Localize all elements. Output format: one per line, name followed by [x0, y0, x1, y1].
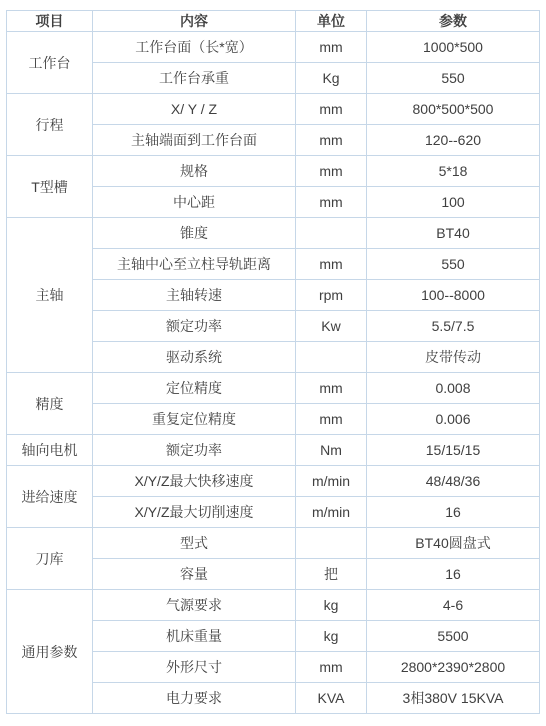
content-cell: 锥度: [93, 218, 296, 249]
group-label: 工作台: [7, 32, 93, 94]
value-cell: 0.008: [367, 373, 540, 404]
content-cell: 规格: [93, 156, 296, 187]
table-row: 主轴锥度BT40: [7, 218, 540, 249]
content-cell: 外形尺寸: [93, 652, 296, 683]
table-row: 工作台工作台面（长*宽）mm1000*500: [7, 32, 540, 63]
value-cell: 120--620: [367, 125, 540, 156]
value-cell: 2800*2390*2800: [367, 652, 540, 683]
unit-cell: mm: [296, 156, 367, 187]
table-row: 精度定位精度mm0.008: [7, 373, 540, 404]
unit-cell: rpm: [296, 280, 367, 311]
unit-cell: mm: [296, 373, 367, 404]
value-cell: 15/15/15: [367, 435, 540, 466]
value-cell: 100--8000: [367, 280, 540, 311]
unit-cell: [296, 528, 367, 559]
unit-cell: m/min: [296, 497, 367, 528]
content-cell: 工作台承重: [93, 63, 296, 94]
value-cell: 1000*500: [367, 32, 540, 63]
value-cell: 100: [367, 187, 540, 218]
unit-cell: mm: [296, 125, 367, 156]
spec-table: 项目 内容 单位 参数 工作台工作台面（长*宽）mm1000*500工作台承重K…: [6, 10, 540, 714]
unit-cell: kg: [296, 621, 367, 652]
content-cell: 定位精度: [93, 373, 296, 404]
content-cell: 容量: [93, 559, 296, 590]
unit-cell: kg: [296, 590, 367, 621]
header-value: 参数: [367, 11, 540, 32]
group-label: 进给速度: [7, 466, 93, 528]
header-item: 项目: [7, 11, 93, 32]
group-label: 行程: [7, 94, 93, 156]
table-row: 轴向电机额定功率Nm15/15/15: [7, 435, 540, 466]
content-cell: 重复定位精度: [93, 404, 296, 435]
unit-cell: mm: [296, 249, 367, 280]
unit-cell: Kg: [296, 63, 367, 94]
unit-cell: KVA: [296, 683, 367, 714]
value-cell: 0.006: [367, 404, 540, 435]
group-label: 轴向电机: [7, 435, 93, 466]
value-cell: 5500: [367, 621, 540, 652]
value-cell: 5*18: [367, 156, 540, 187]
content-cell: 额定功率: [93, 435, 296, 466]
content-cell: 额定功率: [93, 311, 296, 342]
unit-cell: mm: [296, 32, 367, 63]
value-cell: 3相380V 15KVA: [367, 683, 540, 714]
table-row: T型槽规格mm5*18: [7, 156, 540, 187]
group-label: 通用参数: [7, 590, 93, 714]
content-cell: 电力要求: [93, 683, 296, 714]
content-cell: 中心距: [93, 187, 296, 218]
table-row: 通用参数气源要求kg4-6: [7, 590, 540, 621]
content-cell: 工作台面（长*宽）: [93, 32, 296, 63]
value-cell: 皮带传动: [367, 342, 540, 373]
unit-cell: [296, 218, 367, 249]
value-cell: 48/48/36: [367, 466, 540, 497]
value-cell: 5.5/7.5: [367, 311, 540, 342]
header-unit: 单位: [296, 11, 367, 32]
header-row: 项目 内容 单位 参数: [7, 11, 540, 32]
content-cell: 主轴转速: [93, 280, 296, 311]
content-cell: 型式: [93, 528, 296, 559]
value-cell: 4-6: [367, 590, 540, 621]
unit-cell: Kw: [296, 311, 367, 342]
unit-cell: Nm: [296, 435, 367, 466]
value-cell: 16: [367, 497, 540, 528]
content-cell: X/Y/Z最大快移速度: [93, 466, 296, 497]
content-cell: X/ Y / Z: [93, 94, 296, 125]
value-cell: 800*500*500: [367, 94, 540, 125]
table-row: 刀库型式BT40圆盘式: [7, 528, 540, 559]
unit-cell: mm: [296, 187, 367, 218]
value-cell: BT40圆盘式: [367, 528, 540, 559]
group-label: 精度: [7, 373, 93, 435]
content-cell: 机床重量: [93, 621, 296, 652]
unit-cell: m/min: [296, 466, 367, 497]
value-cell: 550: [367, 249, 540, 280]
group-label: 主轴: [7, 218, 93, 373]
group-label: T型槽: [7, 156, 93, 218]
unit-cell: mm: [296, 94, 367, 125]
content-cell: 气源要求: [93, 590, 296, 621]
unit-cell: [296, 342, 367, 373]
value-cell: 16: [367, 559, 540, 590]
value-cell: BT40: [367, 218, 540, 249]
unit-cell: 把: [296, 559, 367, 590]
content-cell: 主轴端面到工作台面: [93, 125, 296, 156]
content-cell: X/Y/Z最大切削速度: [93, 497, 296, 528]
spec-table-body: 工作台工作台面（长*宽）mm1000*500工作台承重Kg550行程X/ Y /…: [7, 32, 540, 714]
table-row: 进给速度X/Y/Z最大快移速度m/min48/48/36: [7, 466, 540, 497]
unit-cell: mm: [296, 404, 367, 435]
content-cell: 驱动系统: [93, 342, 296, 373]
group-label: 刀库: [7, 528, 93, 590]
value-cell: 550: [367, 63, 540, 94]
table-row: 行程X/ Y / Zmm800*500*500: [7, 94, 540, 125]
spec-table-header: 项目 内容 单位 参数: [7, 11, 540, 32]
unit-cell: mm: [296, 652, 367, 683]
content-cell: 主轴中心至立柱导轨距离: [93, 249, 296, 280]
header-content: 内容: [93, 11, 296, 32]
